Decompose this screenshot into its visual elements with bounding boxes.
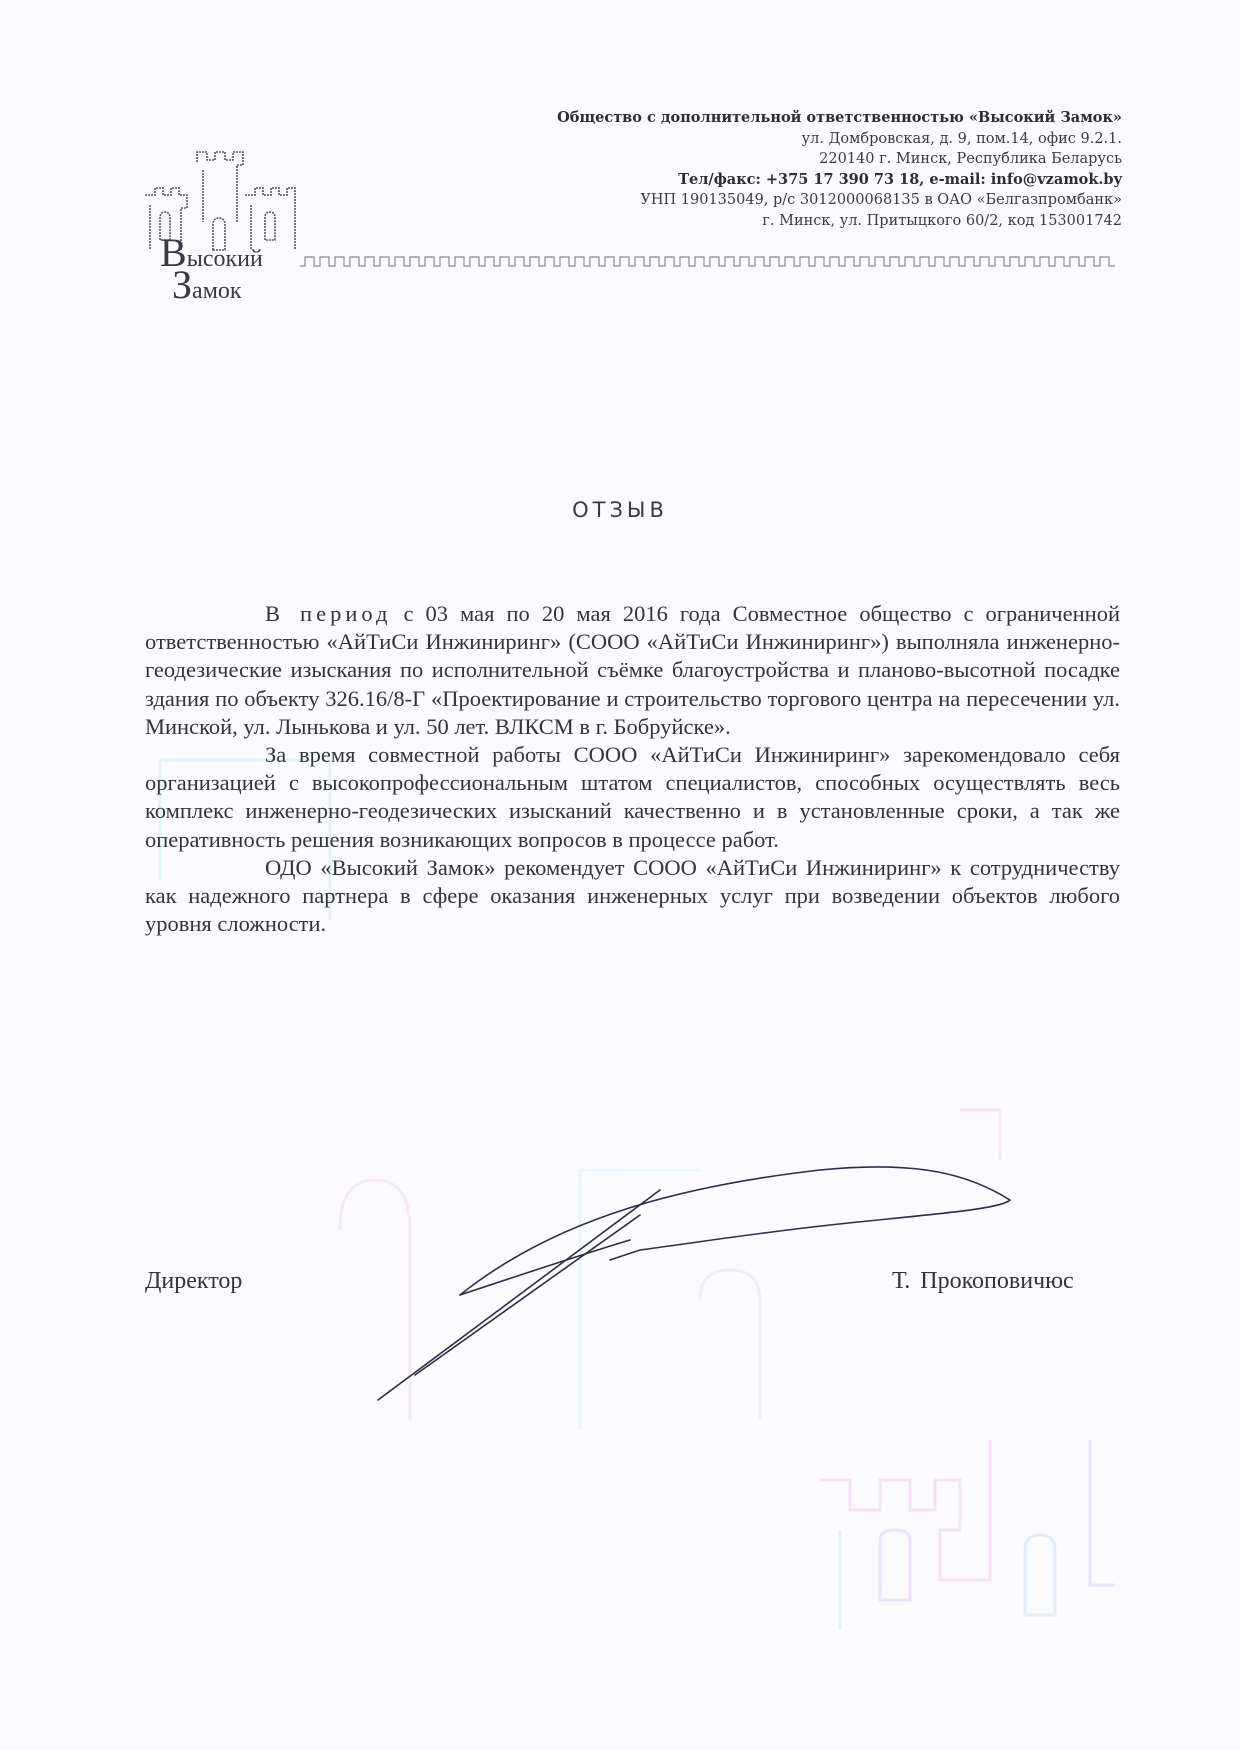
document-body: В период с 03 мая по 20 мая 2016 года Со… [145, 600, 1120, 938]
paragraph-3: ОДО «Высокий Замок» рекомендует СООО «Ай… [145, 854, 1120, 939]
signer-name: Т. Прокоповичюс [892, 1268, 1074, 1295]
paragraph-1-lead: В период [265, 601, 391, 626]
organization-details: Общество с дополнительной ответственност… [557, 108, 1122, 231]
contact-info: Тел/факс: +375 17 390 73 18, e-mail: inf… [557, 170, 1122, 191]
organization-name: Общество с дополнительной ответственност… [557, 108, 1122, 129]
logo-wordmark: Высокий Замок [160, 240, 263, 304]
address-city: 220140 г. Минск, Республика Беларусь [557, 149, 1122, 170]
crenellation-divider [300, 254, 1115, 268]
bank-address: г. Минск, ул. Притыцкого 60/2, код 15300… [557, 211, 1122, 232]
bank-details: УНП 190135049, р/с 3012000068135 в ОАО «… [557, 190, 1122, 211]
logo-word-zamok: амок [192, 278, 242, 304]
paragraph-1: В период с 03 мая по 20 мая 2016 года Со… [145, 600, 1120, 741]
signer-role: Директор [145, 1268, 242, 1295]
logo-letter-z: З [172, 262, 192, 307]
letter-page: Высокий Замок Общество с дополнительной … [0, 0, 1240, 1750]
document-title: ОТЗЫВ [0, 498, 1240, 522]
paragraph-2: За время совместной работы СООО «АйТиСи … [145, 741, 1120, 854]
logo-word-vysokiy: ысокий [187, 246, 263, 272]
address-street: ул. Домбровская, д. 9, пом.14, офис 9.2.… [557, 129, 1122, 150]
